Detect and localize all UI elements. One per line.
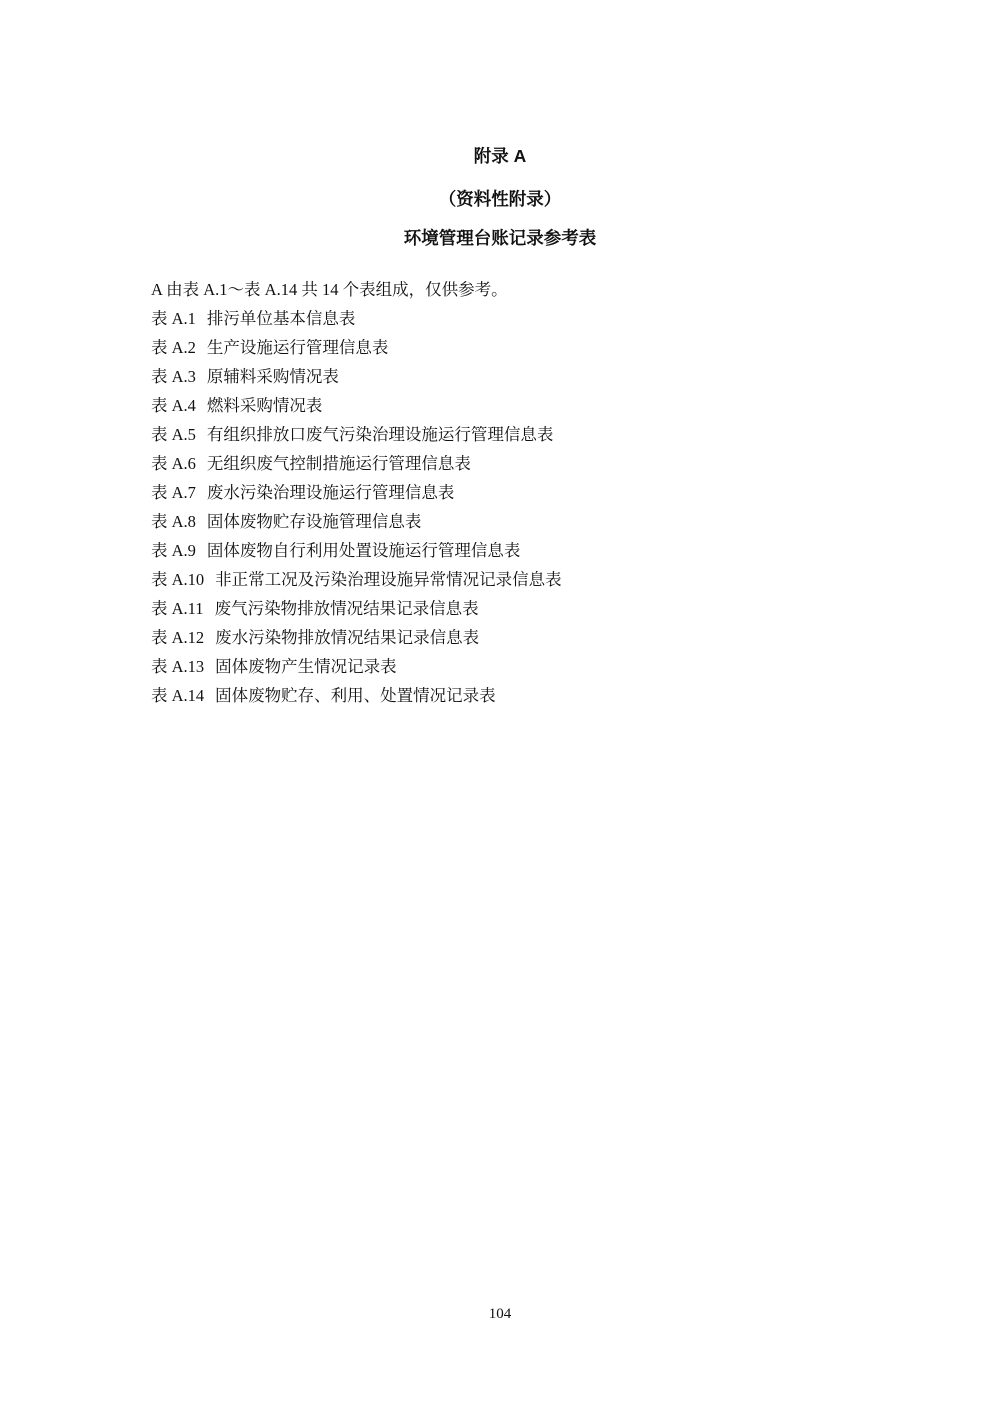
- table-item-label: 表 A.2: [151, 333, 196, 362]
- table-item-label: 表 A.9: [151, 536, 196, 565]
- table-item-label: 表 A.8: [151, 507, 196, 536]
- table-item-label: 表 A.4: [151, 391, 196, 420]
- table-item-title: 生产设施运行管理信息表: [207, 333, 389, 362]
- table-list-item: 表 A.10非正常工况及污染治理设施异常情况记录信息表: [151, 565, 1000, 594]
- table-item-title: 废水污染物排放情况结果记录信息表: [215, 623, 479, 652]
- table-item-title: 无组织废气控制措施运行管理信息表: [207, 449, 471, 478]
- table-item-title: 燃料采购情况表: [207, 391, 323, 420]
- table-list-item: 表 A.1排污单位基本信息表: [151, 304, 1000, 333]
- appendix-subtitle: （资料性附录）: [0, 188, 1000, 210]
- document-page: 附录 A （资料性附录） 环境管理台账记录参考表 A 由表 A.1～表 A.14…: [0, 0, 1000, 1414]
- table-item-title: 废水污染治理设施运行管理信息表: [207, 478, 455, 507]
- table-item-label: 表 A.11: [151, 594, 204, 623]
- table-item-label: 表 A.13: [151, 652, 204, 681]
- table-list-item: 表 A.12废水污染物排放情况结果记录信息表: [151, 623, 1000, 652]
- table-list-item: 表 A.9固体废物自行利用处置设施运行管理信息表: [151, 536, 1000, 565]
- table-list-item: 表 A.14固体废物贮存、利用、处置情况记录表: [151, 681, 1000, 710]
- table-item-title: 原辅料采购情况表: [207, 362, 339, 391]
- table-item-title: 固体废物自行利用处置设施运行管理信息表: [207, 536, 521, 565]
- table-list-item: 表 A.5有组织排放口废气污染治理设施运行管理信息表: [151, 420, 1000, 449]
- appendix-table-heading: 环境管理台账记录参考表: [0, 227, 1000, 249]
- table-item-title: 固体废物贮存设施管理信息表: [207, 507, 422, 536]
- table-item-label: 表 A.6: [151, 449, 196, 478]
- table-list-item: 表 A.2生产设施运行管理信息表: [151, 333, 1000, 362]
- appendix-body: A 由表 A.1～表 A.14 共 14 个表组成，仅供参考。 表 A.1排污单…: [151, 275, 1000, 710]
- table-item-label: 表 A.5: [151, 420, 196, 449]
- table-item-label: 表 A.12: [151, 623, 204, 652]
- table-item-title: 固体废物产生情况记录表: [215, 652, 397, 681]
- table-item-label: 表 A.3: [151, 362, 196, 391]
- page-number: 104: [0, 1306, 1000, 1323]
- appendix-title: 附录 A: [0, 145, 1000, 167]
- table-item-title: 有组织排放口废气污染治理设施运行管理信息表: [207, 420, 554, 449]
- intro-paragraph: A 由表 A.1～表 A.14 共 14 个表组成，仅供参考。: [151, 275, 1000, 304]
- table-item-title: 固体废物贮存、利用、处置情况记录表: [215, 681, 496, 710]
- table-item-label: 表 A.14: [151, 681, 204, 710]
- table-list-item: 表 A.3原辅料采购情况表: [151, 362, 1000, 391]
- table-item-title: 废气污染物排放情况结果记录信息表: [215, 594, 479, 623]
- table-list-item: 表 A.8固体废物贮存设施管理信息表: [151, 507, 1000, 536]
- table-list-item: 表 A.7废水污染治理设施运行管理信息表: [151, 478, 1000, 507]
- table-item-title: 非正常工况及污染治理设施异常情况记录信息表: [215, 565, 562, 594]
- appendix-heading-block: 附录 A （资料性附录） 环境管理台账记录参考表: [0, 0, 1000, 249]
- table-list-item: 表 A.6无组织废气控制措施运行管理信息表: [151, 449, 1000, 478]
- table-list-item: 表 A.13固体废物产生情况记录表: [151, 652, 1000, 681]
- table-item-label: 表 A.10: [151, 565, 204, 594]
- table-item-title: 排污单位基本信息表: [207, 304, 356, 333]
- table-item-label: 表 A.1: [151, 304, 196, 333]
- table-item-label: 表 A.7: [151, 478, 196, 507]
- table-list-item: 表 A.11废气污染物排放情况结果记录信息表: [151, 594, 1000, 623]
- table-list-item: 表 A.4燃料采购情况表: [151, 391, 1000, 420]
